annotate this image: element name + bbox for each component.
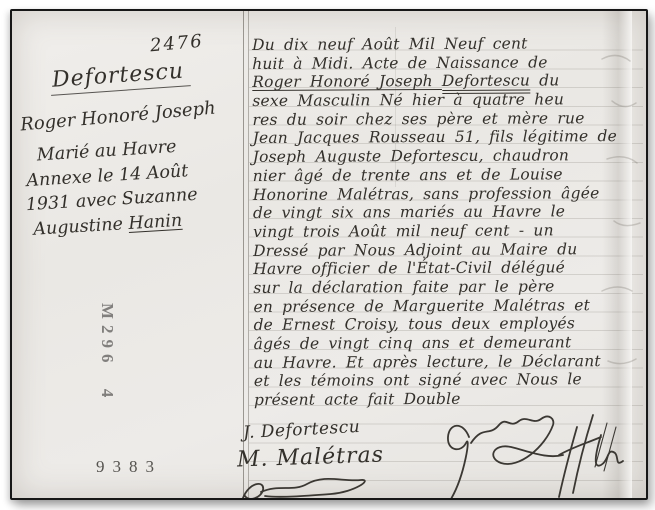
act-body-line: Jean Jacques Rousseau 51, fils légitime … [253,127,618,148]
act-body-line: et les témoins ont signé avec Nous le [254,370,619,391]
registry-stamp-number: 9383 [96,457,162,477]
margin-given-names: Roger Honoré Joseph [19,98,216,136]
margin-marriage-note: Marié au HavreAnnexe le 14 Août1931 avec… [22,134,200,242]
act-body-line: Honorine Malétras, sans profession âgée [253,184,618,205]
act-body-line: Havre officier de l'État-Civil délégué [253,258,618,279]
act-body-line: de Ernest Croisy, tous deux employés [253,314,618,335]
act-body-line: Joseph Auguste Defortescu, chaudron [253,146,618,167]
act-body-line: sur la déclaration faite par le père [253,277,618,298]
act-body-line: âgés de vingt cinq ans et demeurant [254,333,619,354]
document-scan: 2476 Defortescu Roger Honoré Joseph Mari… [0,0,655,510]
act-body-line: de vingt six ans mariés au Havre le [253,202,618,223]
act-body-line: vingt trois Août mil neuf cent - un [253,221,618,242]
signature-declarant: J. Defortescu [243,417,361,443]
signature-witness: M. Malétras [237,442,385,472]
ink-bleed-marks [572,39,642,469]
signature-flourish-left [235,472,385,500]
act-body-lines: Du dix neuf Août Mil Neuf centhuit à Mid… [252,34,618,410]
act-body-line: au Havre. Et après lecture, le Déclarant [254,352,619,373]
act-body-line: nier âgé de trente ans et de Louise [253,165,618,186]
act-body-line: huit à Midi. Acte de Naissance de [252,53,617,74]
act-body-line: sexe Masculin Né hier à quatre heu [252,90,617,111]
act-body-line: Du dix neuf Août Mil Neuf cent [252,34,617,55]
act-body-line: Roger Honoré Joseph Defortescu du [252,71,617,92]
register-page: 2476 Defortescu Roger Honoré Joseph Mari… [10,9,648,500]
act-body-line: res du soir chez ses père et mère rue [252,109,617,130]
vertical-stamp: M296 4 [97,303,117,403]
margin-act-number: 2476 [149,31,204,57]
act-body-line: en présence de Marguerite Malétras et [253,296,618,317]
margin-surname: Defortescu [49,58,191,96]
act-body-line: Dressé par Nous Adjoint au Maire du [253,240,618,261]
